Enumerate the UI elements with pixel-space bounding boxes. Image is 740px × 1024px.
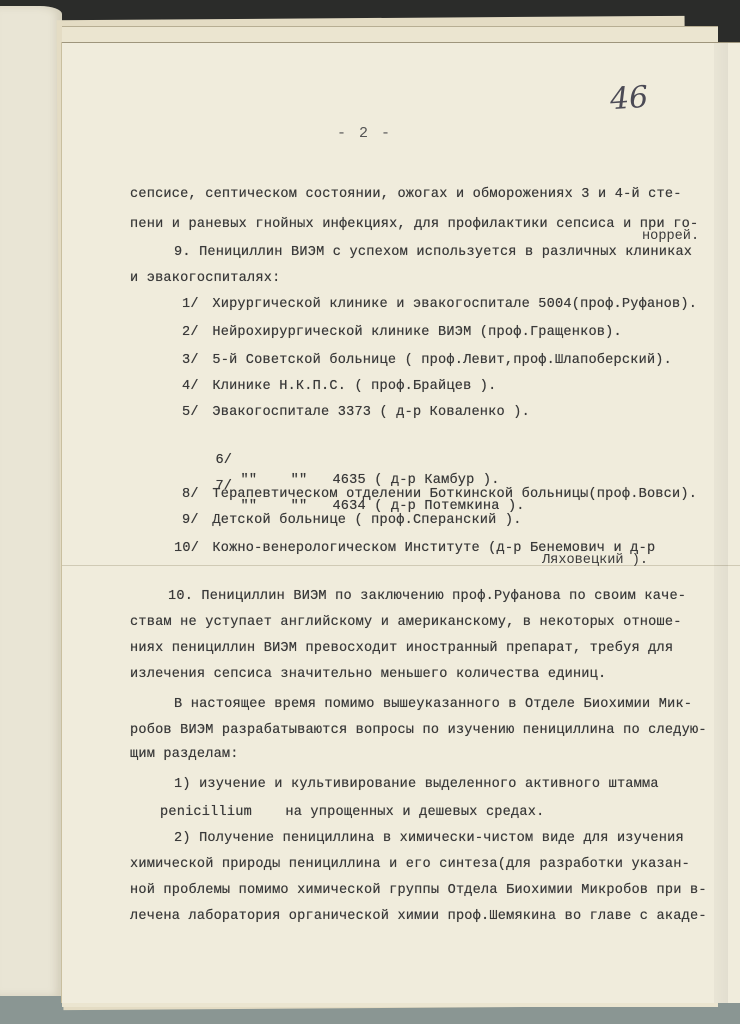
paragraph-10-line: 10. Пенициллин ВИЭМ по заключению проф.Р… (118, 587, 740, 607)
research-item-2-line: ной проблемы помимо химической группы От… (130, 881, 730, 901)
paragraph-10-line: ниях пенициллин ВИЭМ превосходит иностра… (130, 639, 730, 659)
paragraph-10-line: ствам не уступает английскому и американ… (130, 613, 730, 633)
list-text: Эвакогоспитале 3373 ( д-р Коваленко ). (212, 405, 530, 420)
research-item-1-line: penicillium на упрощенных и дешевых сред… (160, 803, 740, 823)
list-number: 1/ (182, 295, 204, 315)
list-number: 8/ (182, 485, 204, 505)
clinic-list-item: 1/ Хирургической клинике и эвакогоспитал… (182, 295, 740, 315)
list-number: 10/ (174, 539, 204, 559)
clinic-list-item: 2/ Нейрохирургической клинике ВИЭМ (проф… (182, 323, 740, 343)
clinic-list-item: 8/ Терапевтическом отделении Боткинской … (182, 485, 740, 505)
text-line: сепсисе, септическом состоянии, ожогах и… (130, 185, 730, 205)
text-line: и эвакогоспиталях: (130, 269, 730, 289)
list-text: 5-й Советской больнице ( проф.Левит,проф… (212, 353, 672, 368)
research-item-2-line: лечена лаборатория органической химии пр… (130, 907, 730, 927)
paragraph-current-line: В настоящее время помимо вышеуказанного … (124, 695, 740, 715)
paragraph-9-heading: 9. Пенициллин ВИЭМ с успехом используетс… (124, 243, 740, 263)
document-page: 46 - 2 - сепсисе, септическом состоянии,… (62, 42, 740, 1003)
paragraph-current-line: щим разделам: (130, 745, 730, 765)
research-item-1-line: 1) изучение и культивирование выделенног… (174, 775, 740, 795)
clinic-list-item: 4/ Клинике Н.К.П.С. ( проф.Брайцев ). (182, 377, 740, 397)
list-text: Детской больнице ( проф.Сперанский ). (212, 513, 521, 528)
handwritten-folio-number: 46 (609, 80, 650, 118)
research-item-2-line: химической природы пенициллина и его син… (130, 855, 730, 875)
clinic-list-item: 9/ Детской больнице ( проф.Сперанский ). (182, 511, 740, 531)
list-text-continuation: Ляховецкий ). (542, 553, 648, 568)
list-number: 5/ (182, 403, 204, 423)
text-line-continuation: норрей. (642, 229, 699, 244)
clinic-list-item: 3/ 5-й Советской больнице ( проф.Левит,п… (182, 351, 740, 371)
list-text: Терапевтическом отделении Боткинской бол… (212, 487, 697, 502)
research-item-2-line: 2) Получение пенициллина в химически-чис… (174, 829, 740, 849)
list-number: 4/ (182, 377, 204, 397)
clinic-list-item: 5/ Эвакогоспитале 3373 ( д-р Коваленко )… (182, 403, 740, 423)
text-line: пени и раневых гнойных инфекциях, для пр… (130, 215, 730, 235)
clinic-list-item: 10/ Кожно-венерологическом Институте (д-… (174, 539, 740, 559)
paragraph-current-line: робов ВИЭМ разрабатываются вопросы по из… (130, 721, 730, 741)
paragraph-10-line: излечения сепсиса значительно меньшего к… (130, 665, 730, 685)
list-text: Хирургической клинике и эвакогоспитале 5… (212, 297, 697, 312)
list-number: 3/ (182, 351, 204, 371)
list-text: Нейрохирургической клинике ВИЭМ (проф.Гр… (212, 325, 622, 340)
page-number: - 2 - (337, 125, 392, 142)
list-number: 9/ (182, 511, 204, 531)
facing-page-edge (0, 6, 62, 996)
list-number: 2/ (182, 323, 204, 343)
list-text: Клинике Н.К.П.С. ( проф.Брайцев ). (212, 379, 496, 394)
